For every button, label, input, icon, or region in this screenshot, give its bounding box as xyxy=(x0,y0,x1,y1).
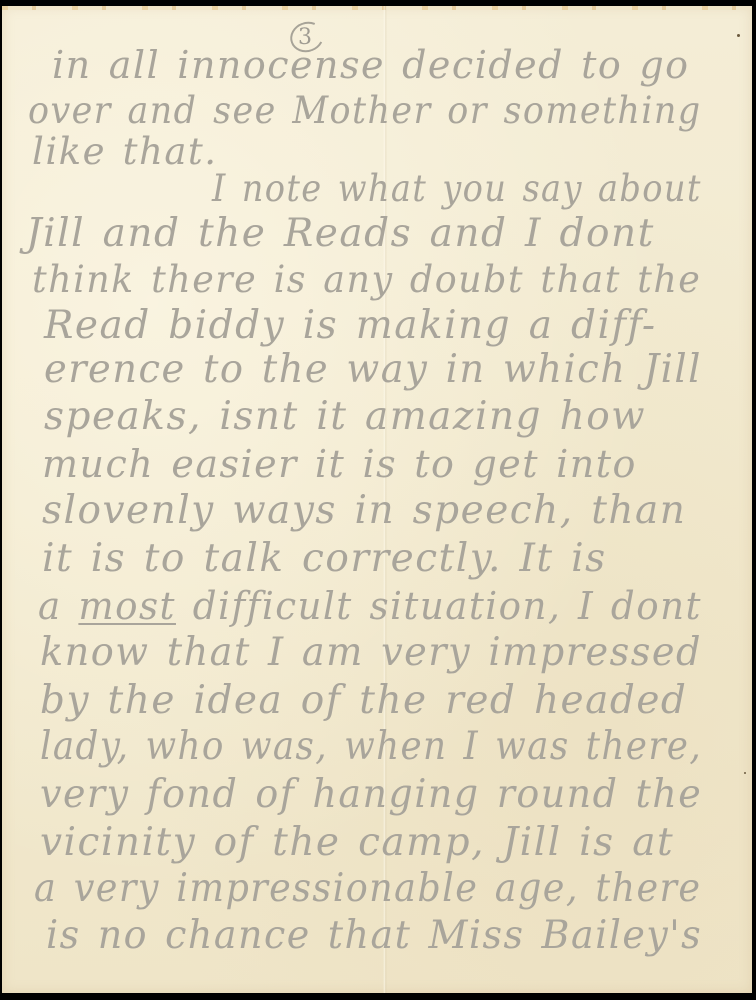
letter-word: of xyxy=(214,820,255,865)
letter-word: that. xyxy=(123,130,218,173)
letter-word: a xyxy=(529,303,554,348)
letter-word: doubt xyxy=(410,258,524,301)
letter-word: chance xyxy=(165,913,311,958)
letter-word: the xyxy=(272,820,340,865)
letter-word: the xyxy=(637,258,701,301)
letter-word: easier xyxy=(171,442,297,486)
letter-word: the xyxy=(636,772,703,817)
letter-word: Mother xyxy=(292,89,431,132)
letter-word: in xyxy=(446,347,486,392)
letter-word: how xyxy=(560,394,646,439)
letter-word: go xyxy=(639,43,689,87)
letter-line: by the idea of the red headed xyxy=(40,681,687,720)
letter-line: Jill and the Reads and I dont xyxy=(26,214,655,253)
letter-word: ways xyxy=(232,488,337,533)
letter-word: that xyxy=(328,913,412,958)
letter-line: like that. xyxy=(32,133,218,170)
letter-word: amazing xyxy=(365,394,542,439)
letter-word: much xyxy=(42,442,154,486)
letter-word: is xyxy=(46,913,81,958)
letter-word: Jill xyxy=(644,347,702,392)
letter-word: Miss xyxy=(428,913,524,958)
letter-word: I xyxy=(464,724,480,769)
letter-word: or xyxy=(447,89,488,132)
letter-word: something xyxy=(504,89,702,132)
letter-word: Jill xyxy=(26,211,85,256)
letter-word: the xyxy=(359,678,427,723)
paper-speck xyxy=(737,34,740,37)
letter-line: speaks, isnt it amazing how xyxy=(44,397,646,436)
letter-word: isnt xyxy=(219,394,298,439)
letter-word: is xyxy=(303,303,339,348)
letter-word: there, xyxy=(586,724,702,769)
letter-word: am xyxy=(302,630,364,675)
letter-word: by xyxy=(40,678,90,723)
letter-line: I note what you say about xyxy=(212,170,702,207)
letter-word: I xyxy=(212,167,227,210)
letter-word: I xyxy=(268,630,285,675)
letter-word: the xyxy=(198,211,266,256)
letter-word: over xyxy=(28,89,112,132)
letter-word: like xyxy=(32,130,106,173)
letter-word: a xyxy=(34,866,57,911)
letter-word: there xyxy=(595,866,701,911)
letter-word: is xyxy=(362,442,397,486)
letter-word: correctly. xyxy=(302,536,502,581)
letter-word: It xyxy=(520,536,554,581)
letter-line: a very impressionable age, there xyxy=(34,869,701,908)
paper-speck xyxy=(744,772,746,774)
letter-word: talk xyxy=(203,536,284,581)
letter-word: situation, xyxy=(369,584,561,628)
letter-word: no xyxy=(98,913,148,958)
letter-word: the xyxy=(262,347,329,392)
letter-word: very xyxy=(74,866,160,911)
letter-word: impressionable xyxy=(176,866,478,911)
letter-word: lady, xyxy=(40,724,129,769)
letter-body: in all innocense decided to goover and s… xyxy=(2,6,752,993)
letter-word: Read xyxy=(44,303,151,348)
letter-word: red xyxy=(445,678,516,723)
letter-word: that xyxy=(540,258,620,301)
letter-line: it is to talk correctly. It is xyxy=(42,539,607,578)
letter-word: dont xyxy=(611,584,702,628)
letter-word: difficult xyxy=(193,584,353,628)
letter-word: camp, xyxy=(358,820,485,865)
letter-word: innocense xyxy=(177,43,385,87)
letter-word: at xyxy=(632,820,674,865)
letter-word: very xyxy=(381,630,471,675)
letter-line: much easier it is to get into xyxy=(42,445,637,483)
letter-paper: 3 in all innocense decided to goover and… xyxy=(2,6,752,993)
letter-line: lady, who was, when I was there, xyxy=(40,727,702,766)
letter-word: is xyxy=(571,536,607,581)
letter-word: into xyxy=(556,442,637,486)
letter-word: round xyxy=(497,772,619,817)
letter-word: say xyxy=(522,167,582,210)
letter-word: think xyxy=(32,258,135,301)
letter-word: was, xyxy=(241,724,328,769)
letter-word: dont xyxy=(560,211,655,256)
letter-line: erence to the way in which Jill xyxy=(44,350,702,389)
letter-word: I xyxy=(578,584,594,628)
letter-word: most xyxy=(78,584,176,628)
letter-line: in all innocense decided to go xyxy=(52,46,690,84)
letter-word: headed xyxy=(534,678,687,723)
letter-word: speaks, xyxy=(44,394,202,439)
letter-line: know that I am very impressed xyxy=(40,633,702,672)
letter-word: decided xyxy=(402,43,564,87)
letter-word: making xyxy=(356,303,511,348)
scanned-letter: 3 in all innocense decided to goover and… xyxy=(0,0,756,1000)
letter-word: all xyxy=(109,43,160,87)
letter-word: of xyxy=(255,772,295,817)
letter-word: of xyxy=(301,678,342,723)
letter-word: to xyxy=(203,347,245,392)
letter-word: when xyxy=(344,724,447,769)
letter-word: erence xyxy=(44,347,186,392)
letter-line: think there is any doubt that the xyxy=(32,261,701,298)
letter-word: and xyxy=(103,211,181,256)
letter-line: very fond of hanging round the xyxy=(40,775,702,814)
letter-word: in xyxy=(355,488,396,533)
letter-word: about xyxy=(598,167,702,210)
letter-word: speech, xyxy=(413,488,574,533)
letter-word: it xyxy=(315,442,345,486)
letter-word: Bailey's xyxy=(542,913,703,958)
letter-word: what xyxy=(338,167,427,210)
letter-line: slovenly ways in speech, than xyxy=(42,491,686,530)
letter-word: fond xyxy=(147,772,239,817)
letter-word: to xyxy=(414,442,455,486)
letter-word: is xyxy=(91,536,127,581)
letter-word: idea xyxy=(193,678,283,723)
letter-word: it xyxy=(316,394,347,439)
letter-word: than xyxy=(591,488,686,533)
letter-word: you xyxy=(442,167,507,210)
letter-word: Jill xyxy=(503,820,562,865)
letter-word: which xyxy=(503,347,627,392)
letter-line: over and see Mother or something xyxy=(28,92,702,129)
letter-word: a xyxy=(38,584,62,628)
letter-word: there xyxy=(151,258,257,301)
letter-word: hanging xyxy=(312,772,479,817)
letter-word: is xyxy=(579,820,615,865)
letter-line: is no chance that Miss Bailey's xyxy=(46,916,702,955)
letter-line: a most difficult situation, I dont xyxy=(38,587,702,625)
letter-word: who xyxy=(145,724,224,769)
letter-word: diff- xyxy=(571,303,657,348)
letter-word: the xyxy=(108,678,176,723)
letter-word: note xyxy=(242,167,323,210)
letter-word: Reads xyxy=(284,211,412,256)
letter-word: slovenly xyxy=(42,488,215,533)
letter-word: I xyxy=(525,211,542,256)
letter-word: biddy xyxy=(168,303,285,348)
letter-word: get xyxy=(472,442,539,486)
letter-word: see xyxy=(213,89,277,132)
letter-word: to xyxy=(144,536,186,581)
letter-word: vicinity xyxy=(40,820,196,865)
letter-word: any xyxy=(323,258,393,301)
letter-word: to xyxy=(581,43,622,87)
letter-word: know xyxy=(40,630,150,675)
letter-word: and xyxy=(128,89,198,132)
letter-word: it xyxy=(42,536,73,581)
letter-word: is xyxy=(274,258,307,301)
letter-word: was xyxy=(495,724,569,769)
letter-word: and xyxy=(430,211,508,256)
letter-word: that xyxy=(167,630,251,675)
letter-line: Read biddy is making a diff- xyxy=(44,306,657,345)
letter-word: age, xyxy=(495,866,579,911)
letter-word: impressed xyxy=(488,630,702,675)
letter-line: vicinity of the camp, Jill is at xyxy=(40,823,674,862)
letter-word: way xyxy=(346,347,428,392)
letter-word: in xyxy=(52,43,92,87)
letter-word: very xyxy=(40,772,130,817)
